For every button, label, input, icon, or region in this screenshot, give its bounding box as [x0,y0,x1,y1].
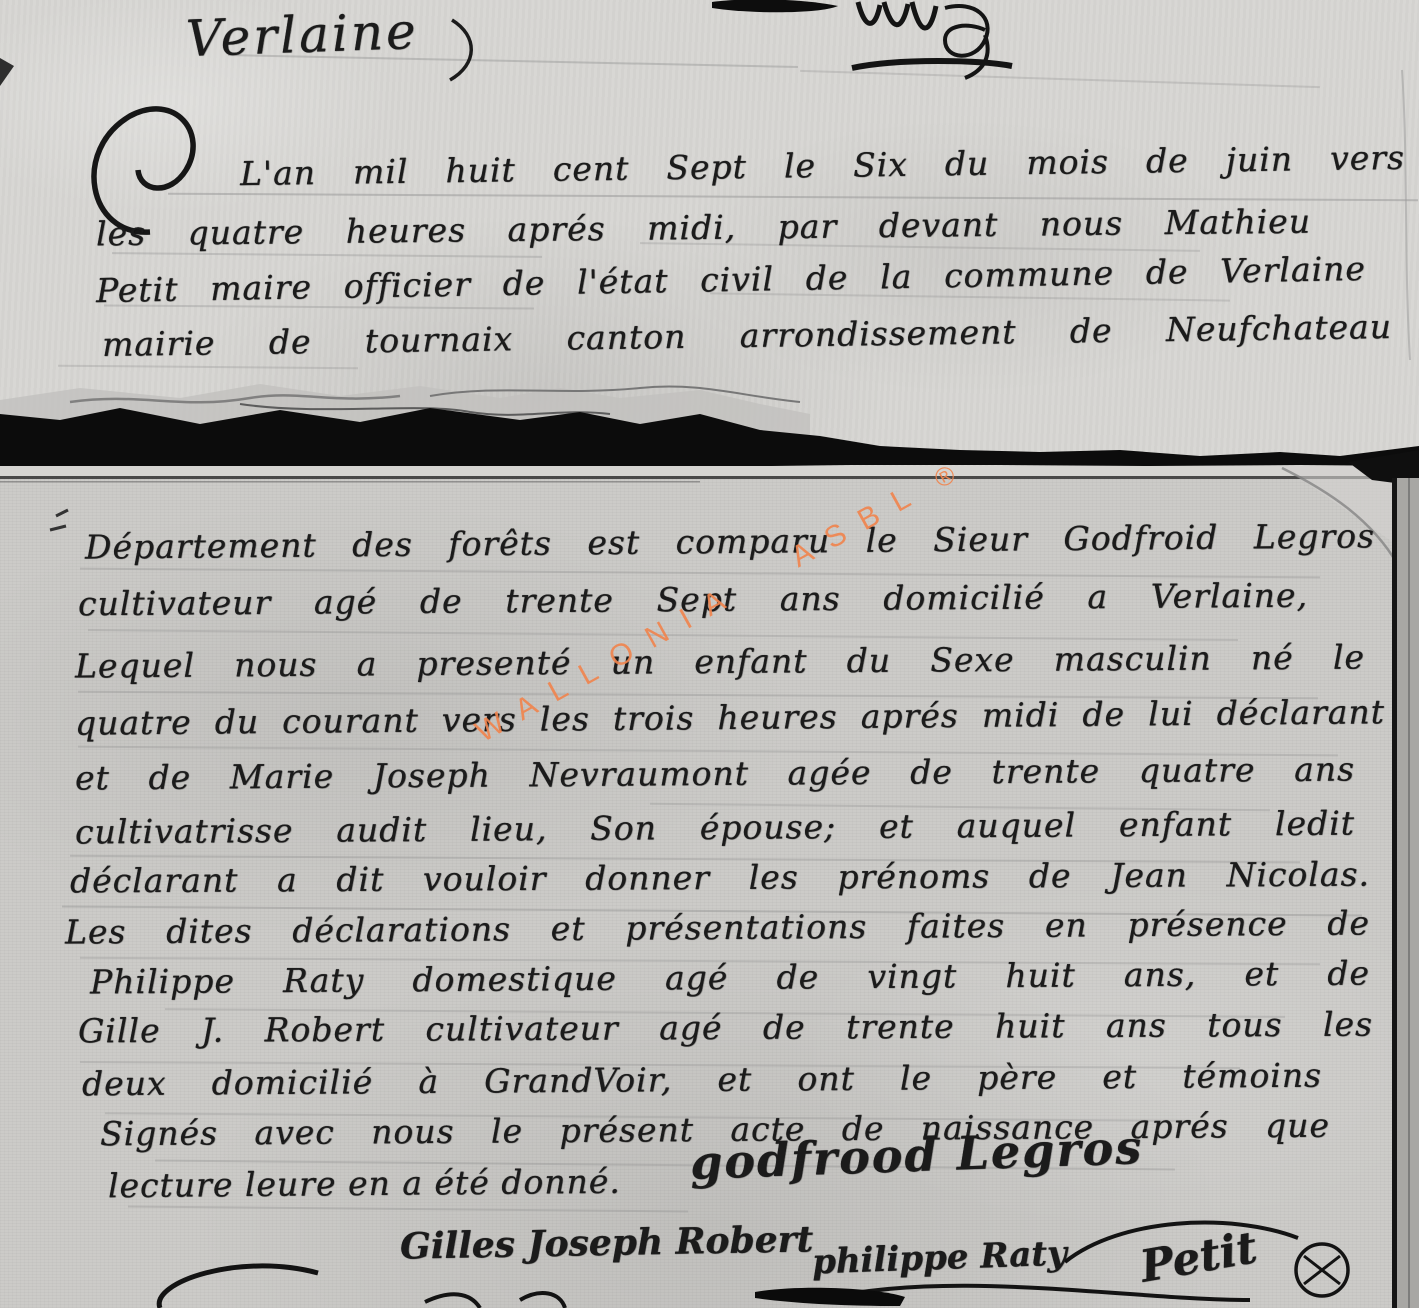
signature-knot [1304,1256,1340,1284]
page-curl-line [1402,70,1410,360]
gap-sliver [0,466,1419,476]
page-edge-line [1392,478,1397,1308]
cut-off-writing [159,1266,318,1308]
place-heading: Verlaine [185,2,419,68]
page-top-edge-line [0,476,1419,479]
edge-mark [0,58,14,86]
ink-blot [712,0,838,12]
scanned-register-spread: Verlaine L'an mil huit cent Sept le Six … [0,0,1419,1308]
record-line: deux domicilié à GrandVoir, et ont le pè… [82,1058,1322,1103]
record-line: Gille J. Robert cultivateur agé de trent… [78,1007,1373,1050]
page-edge-line [1408,478,1410,1308]
cut-off-writing [945,6,988,78]
page-top-edge-line [0,481,700,483]
heading-flourish [450,20,471,80]
record-line: déclarant a dit vouloir donner les préno… [70,857,1370,900]
ink-flourish [852,61,1012,68]
signature-witness: Gilles Joseph Robert [400,1218,814,1267]
record-line: lecture leure en a été donné. [108,1164,621,1205]
margin-mark [50,510,68,530]
cut-off-writing [858,2,936,28]
cut-off-writing [425,1293,565,1308]
